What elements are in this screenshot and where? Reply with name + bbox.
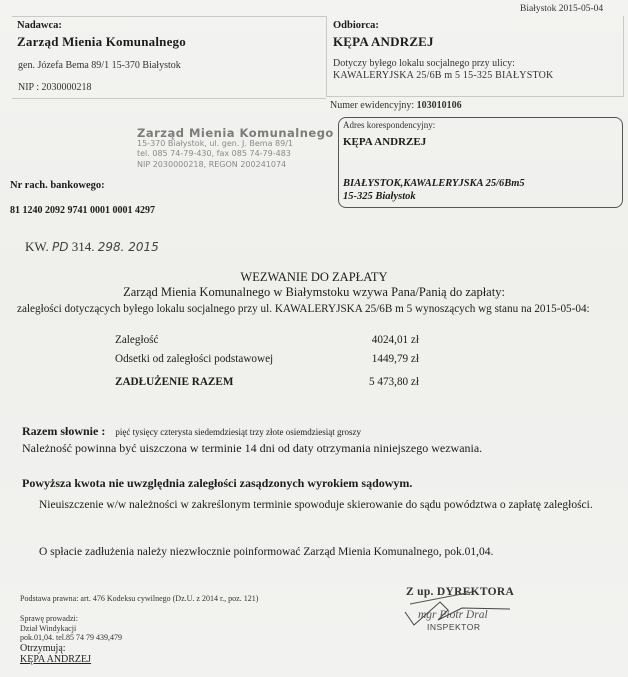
sender-address: gen. Józefa Bema 89/1 15-370 Białystok xyxy=(18,60,181,71)
record-number: Numer ewidencyjny: 103010106 xyxy=(330,100,462,111)
receivers-name: KĘPA ANDRZEJ xyxy=(20,654,91,665)
sender-label: Nadawca: xyxy=(17,20,62,31)
bank-account-label: Nr rach. bankowego: xyxy=(10,180,105,191)
payment-demand-letter: Białystok 2015-05-04 Nadawca: Zarząd Mie… xyxy=(0,0,628,677)
amount-in-words-value: pięć tysięcy czterysta siedemdziesiąt tr… xyxy=(115,427,361,437)
consequence-paragraph: Nieuiszczenie w/w należności w zakreślon… xyxy=(17,497,597,513)
stamp-line: NIP 2030000218, REGON 200241074 xyxy=(137,160,334,171)
signatory-title: INSPEKTOR xyxy=(427,622,480,632)
header-top-divider xyxy=(12,16,326,17)
handler-line: pok.01,04. tel.85 74 79 439,479 xyxy=(20,633,122,643)
amount-in-words: Razem słownie : pięć tysięcy czterysta s… xyxy=(22,422,361,440)
recipient-concerns-label: Dotyczy byłego lokalu socjalnego przy ul… xyxy=(333,58,515,69)
amount-label: Zaległość xyxy=(115,334,159,346)
header-bottom-divider xyxy=(12,98,326,99)
correspondence-name: KĘPA ANDRZEJ xyxy=(343,136,426,148)
signatory-name: mgr Piotr Dral xyxy=(418,609,488,621)
recipient-label: Odbiorca: xyxy=(333,20,379,31)
sender-nip: NIP : 2030000218 xyxy=(18,82,92,93)
stamp-line: tel. 085 74-79-430, fax 085 74-79-483 xyxy=(137,149,334,160)
legal-basis: Podstawa prawna: art. 476 Kodeksu cywiln… xyxy=(20,594,258,603)
organization-stamp: Zarząd Mienia Komunalnego 15-370 Białyst… xyxy=(137,128,334,170)
record-number-label: Numer ewidencyjny: xyxy=(330,100,414,111)
correspondence-label: Adres korespondencyjny: xyxy=(343,120,435,130)
stamp-line: 15-370 Białystok, ul. gen. J. Bema 89/1 xyxy=(137,139,334,150)
case-handler: Sprawę prowadzi: Dział Windykacji pok.01… xyxy=(20,614,122,643)
total-label: ZADŁUŻENIE RAZEM xyxy=(115,376,233,388)
sender-name: Zarząd Mienia Komunalnego xyxy=(17,34,186,50)
record-number-value: 103010106 xyxy=(417,100,462,111)
reference-handwritten: 298. 2015 xyxy=(98,240,159,254)
payment-deadline: Należność powinna być uiszczona w termin… xyxy=(22,441,482,456)
amounts-table: Zaległość 4024,01 zł Odsetki od zaległoś… xyxy=(115,334,515,395)
inform-paragraph: O spłacie zadłużenia należy niezwłocznie… xyxy=(39,546,493,558)
reference-printed: 314. xyxy=(68,239,97,254)
reference-printed: KW. xyxy=(25,239,52,254)
amount-label: Odsetki od zaległości podstawowej xyxy=(115,353,273,365)
recipient-concerns-address: KAWALERYJSKA 25/6B m 5 15-325 BIAŁYSTOK xyxy=(333,70,553,81)
amount-value: 1449,79 zł xyxy=(372,353,419,365)
letter-subtitle: Zarząd Mienia Komunalnego w Białymstoku … xyxy=(0,285,628,300)
case-reference: KW. PD 314. 298. 2015 xyxy=(25,239,159,255)
total-row: ZADŁUŻENIE RAZEM 5 473,80 zł xyxy=(115,376,515,395)
receivers-label: Otrzymują: xyxy=(20,643,66,654)
amount-value: 4024,01 zł xyxy=(372,334,419,346)
reference-handwritten: PD xyxy=(52,240,68,254)
correspondence-address-line1: BIAŁYSTOK,KAWALERYJSKA 25/6Bm5 xyxy=(343,177,525,190)
amount-row: Odsetki od zaległości podstawowej 1449,7… xyxy=(115,353,515,372)
stamp-title: Zarząd Mienia Komunalnego xyxy=(137,128,334,139)
amount-in-words-label: Razem słownie : xyxy=(22,424,105,438)
bank-account-number: 81 1240 2092 9741 0001 0001 4297 xyxy=(10,205,155,216)
handler-line: Sprawę prowadzi: xyxy=(20,614,122,624)
court-notice: Powyższa kwota nie uwzględnia zaległości… xyxy=(22,476,412,491)
place-date: Białystok 2015-05-04 xyxy=(520,4,603,14)
total-value: 5 473,80 zł xyxy=(369,376,419,388)
letter-title: WEZWANIE DO ZAPŁATY xyxy=(0,270,628,285)
recipient-name: KĘPA ANDRZEJ xyxy=(333,34,434,50)
correspondence-address-line2: 15-325 Białystok xyxy=(343,190,525,203)
handler-line: Dział Windykacji xyxy=(20,624,122,634)
correspondence-address: BIAŁYSTOK,KAWALERYJSKA 25/6Bm5 15-325 Bi… xyxy=(343,177,525,203)
amount-row: Zaległość 4024,01 zł xyxy=(115,334,515,353)
letter-intro: zaległości dotyczących byłego lokalu soc… xyxy=(17,303,617,316)
